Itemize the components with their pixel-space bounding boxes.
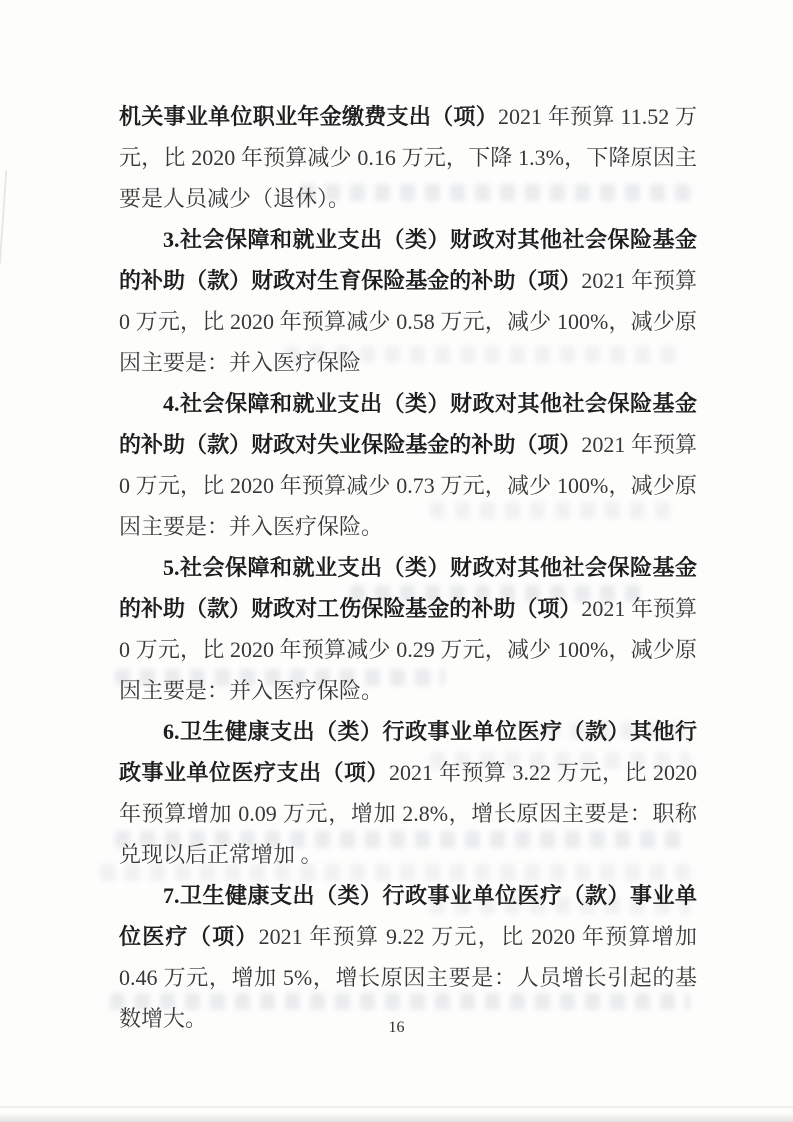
budget-item-heading: 机关事业单位职业年金缴费支出（项） <box>119 104 498 129</box>
paragraph-item-6: 6.卫生健康支出（类）行政事业单位医疗（款）其他行政事业单位医疗支出（项）202… <box>119 711 697 875</box>
scan-edge-artifact <box>0 170 7 265</box>
scan-edge-artifact <box>0 1106 793 1108</box>
document-body: 机关事业单位职业年金缴费支出（项）2021 年预算 11.52 万元，比 202… <box>119 96 697 1039</box>
paragraph-item-3: 3.社会保障和就业支出（类）财政对其他社会保险基金的补助（款）财政对生育保险基金… <box>119 219 697 383</box>
paragraph-item-5: 5.社会保障和就业支出（类）财政对其他社会保险基金的补助（款）财政对工伤保险基金… <box>119 547 697 711</box>
paragraph-item-7: 7.卫生健康支出（类）行政事业单位医疗（款）事业单位医疗（项）2021 年预算 … <box>119 875 697 1039</box>
scan-edge-artifact <box>0 1113 793 1122</box>
page-number: 16 <box>0 1019 793 1037</box>
paragraph-item-4: 4.社会保障和就业支出（类）财政对其他社会保险基金的补助（款）财政对失业保险基金… <box>119 383 697 547</box>
scanned-document-page: 机关事业单位职业年金缴费支出（项）2021 年预算 11.52 万元，比 202… <box>0 0 793 1122</box>
paragraph-pension-contribution: 机关事业单位职业年金缴费支出（项）2021 年预算 11.52 万元，比 202… <box>119 96 697 219</box>
